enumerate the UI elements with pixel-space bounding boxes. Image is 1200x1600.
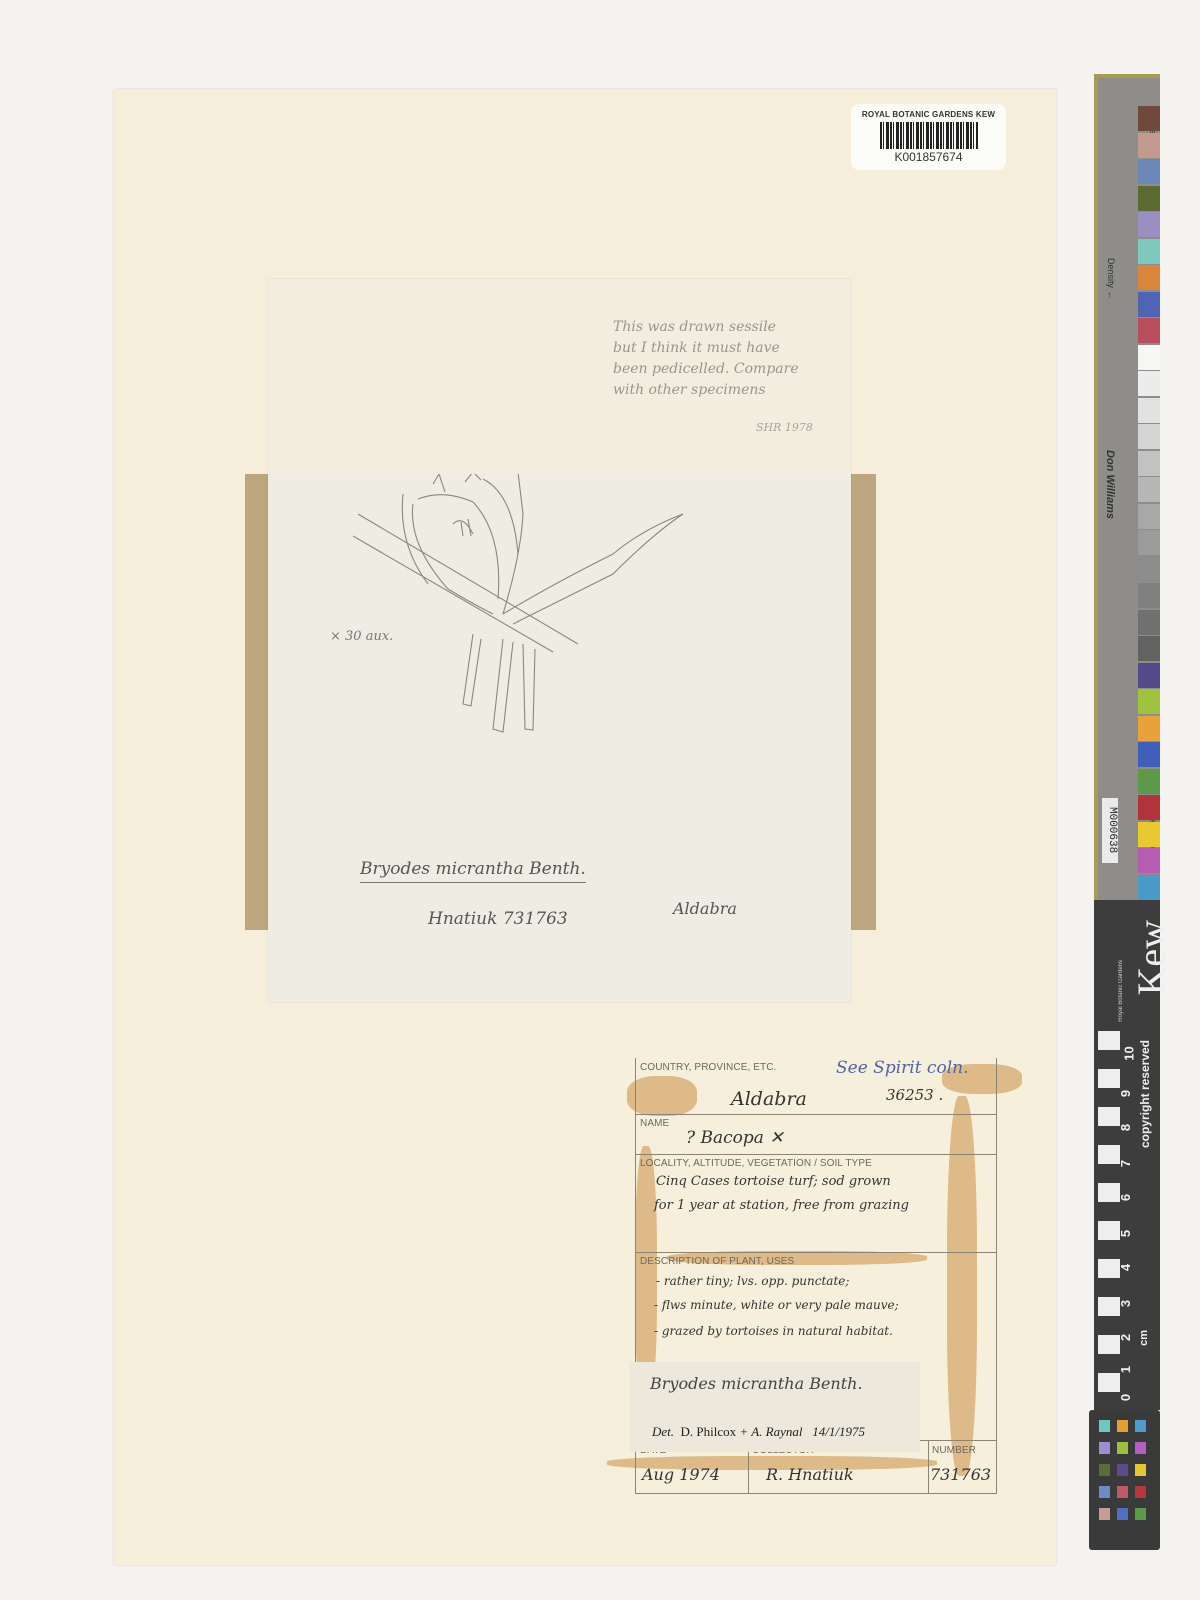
color-swatch	[1138, 477, 1160, 502]
description-line: - rather tiny; lvs. opp. punctate;	[656, 1274, 849, 1288]
checker-patch	[1135, 1508, 1146, 1520]
color-density-scale: inches Density ← Don Williams centimeter…	[1094, 74, 1160, 904]
name-caption: NAME	[640, 1118, 669, 1129]
color-swatch	[1138, 636, 1160, 661]
locality-line: Cinq Cases tortoise turf; sod grown	[656, 1174, 891, 1189]
country-caption: COUNTRY, PROVINCE, ETC.	[640, 1062, 776, 1073]
collector-value: R. Hnatiuk	[766, 1465, 854, 1484]
det-prefix: Det.	[652, 1424, 674, 1439]
second-determiner: + A. Raynal	[739, 1424, 802, 1439]
barcode-label: ROYAL BOTANIC GARDENS KEW K001857674	[851, 104, 1006, 170]
tick: 0	[1118, 1394, 1133, 1401]
kew-subtitle: Royal Botanic Gardens	[1118, 960, 1124, 1022]
color-swatch	[1138, 716, 1160, 741]
color-swatch	[1138, 504, 1160, 529]
color-checker	[1089, 1410, 1160, 1550]
checker-patch	[1117, 1420, 1128, 1432]
color-swatch	[1138, 848, 1160, 873]
determination-date: 14/1/1975	[812, 1424, 865, 1439]
determiner: D. Philcox	[681, 1424, 737, 1439]
description-line: - grazed by tortoises in natural habitat…	[654, 1324, 893, 1338]
tick: 9	[1118, 1090, 1133, 1097]
checker-patch	[1099, 1420, 1110, 1432]
checker-patch	[1099, 1442, 1110, 1454]
tick: 5	[1118, 1230, 1133, 1237]
determined-species: Bryodes micrantha Benth.	[650, 1374, 863, 1393]
checker-patch	[1117, 1508, 1128, 1520]
species-name-handwritten: Bryodes micrantha Benth.	[360, 859, 586, 883]
color-swatch	[1138, 875, 1160, 900]
country-value: Aldabra	[731, 1088, 807, 1110]
copyright-text: copyright reserved	[1138, 1040, 1152, 1148]
color-swatch	[1138, 769, 1160, 794]
determination-slip: Bryodes micrantha Benth. Det. D. Philcox…	[630, 1362, 920, 1452]
checker-patch	[1135, 1464, 1146, 1476]
color-swatch	[1138, 451, 1160, 476]
flower-sketch-icon	[353, 474, 713, 734]
tick: 2	[1118, 1334, 1133, 1341]
color-swatch	[1138, 795, 1160, 820]
checker-patch	[1135, 1486, 1146, 1498]
magnification-note: × 30 aux.	[330, 629, 393, 644]
brand-label: Don Williams	[1104, 450, 1116, 519]
locality-line: for 1 year at station, free from grazing	[654, 1198, 909, 1213]
tick: 7	[1118, 1160, 1133, 1167]
spirit-number: 36253 .	[886, 1086, 943, 1104]
institution-name: ROYAL BOTANIC GARDENS KEW	[851, 110, 1006, 119]
scale-code: M000638	[1102, 798, 1118, 863]
density-label: Density ←	[1106, 258, 1116, 300]
checker-patch	[1099, 1508, 1110, 1520]
color-swatch	[1138, 345, 1160, 370]
color-swatch	[1138, 610, 1160, 635]
tick: 6	[1118, 1194, 1133, 1201]
specimen-label: COUNTRY, PROVINCE, ETC. Aldabra See Spir…	[607, 1056, 1023, 1534]
note-line: been pedicelled. Compare	[613, 359, 843, 380]
color-swatch	[1138, 822, 1160, 847]
locality-row: LOCALITY, ALTITUDE, VEGETATION / SOIL TY…	[636, 1154, 996, 1253]
locality-caption: LOCALITY, ALTITUDE, VEGETATION / SOIL TY…	[640, 1158, 872, 1169]
color-swatch	[1138, 159, 1160, 184]
checker-patch	[1135, 1442, 1146, 1454]
tracing-paper-drawing: This was drawn sessile but I think it mu…	[268, 279, 851, 1002]
color-swatch	[1138, 530, 1160, 555]
color-swatch	[1138, 371, 1160, 396]
color-swatch	[1138, 424, 1160, 449]
note-signature: SHR 1978	[756, 421, 813, 434]
date-value: Aug 1974	[642, 1465, 720, 1484]
color-swatch	[1138, 186, 1160, 211]
checker-patch	[1117, 1442, 1128, 1454]
spirit-collection-note: See Spirit coln.	[836, 1058, 968, 1078]
number-caption: NUMBER	[932, 1445, 976, 1456]
color-swatch	[1138, 318, 1160, 343]
checker-patch	[1099, 1464, 1110, 1476]
color-swatch	[1138, 689, 1160, 714]
cm-ruler: Kew Royal Botanic Gardens copyright rese…	[1094, 900, 1160, 1410]
color-swatch	[1138, 398, 1160, 423]
country-row: COUNTRY, PROVINCE, ETC. Aldabra See Spir…	[636, 1058, 996, 1115]
locality-handwritten: Aldabra	[673, 899, 737, 918]
note-line: but I think it must have	[613, 338, 843, 359]
checker-patch	[1117, 1464, 1128, 1476]
name-row: NAME ? Bacopa ✕	[636, 1114, 996, 1155]
color-swatch	[1138, 557, 1160, 582]
tick: 4	[1118, 1264, 1133, 1271]
number-cell: NUMBER 731763	[928, 1441, 996, 1493]
name-value: ? Bacopa ✕	[686, 1128, 784, 1148]
color-swatch	[1138, 742, 1160, 767]
ruler-bar	[1098, 1012, 1120, 1392]
color-swatch	[1138, 663, 1160, 688]
annotation-note: This was drawn sessile but I think it mu…	[613, 317, 843, 401]
color-swatch	[1138, 292, 1160, 317]
tick: 1	[1118, 1366, 1133, 1373]
kew-logo: Kew	[1128, 920, 1175, 996]
checker-patch	[1099, 1486, 1110, 1498]
color-swatch	[1138, 212, 1160, 237]
note-line: with other specimens	[613, 380, 843, 401]
tick: 3	[1118, 1300, 1133, 1307]
checker-patch	[1117, 1486, 1128, 1498]
description-line: - flws minute, white or very pale mauve;	[654, 1298, 899, 1312]
determiner-line: Det. D. Philcox + A. Raynal 14/1/1975	[652, 1424, 865, 1440]
barcode-number: K001857674	[851, 150, 1006, 164]
color-swatch	[1138, 239, 1160, 264]
number-value: 731763	[930, 1465, 991, 1484]
tick: 10	[1122, 1046, 1137, 1060]
color-swatch	[1138, 265, 1160, 290]
unit-label: cm	[1138, 1330, 1150, 1346]
color-swatch	[1138, 106, 1160, 131]
tick: 8	[1118, 1124, 1133, 1131]
note-line: This was drawn sessile	[613, 317, 843, 338]
barcode-icon	[880, 122, 978, 149]
color-swatch	[1138, 583, 1160, 608]
checker-patch	[1135, 1420, 1146, 1432]
collector-number-handwritten: Hnatiuk 731763	[428, 909, 568, 929]
color-swatch	[1138, 133, 1160, 158]
description-caption: DESCRIPTION OF PLANT, USES	[640, 1256, 794, 1267]
